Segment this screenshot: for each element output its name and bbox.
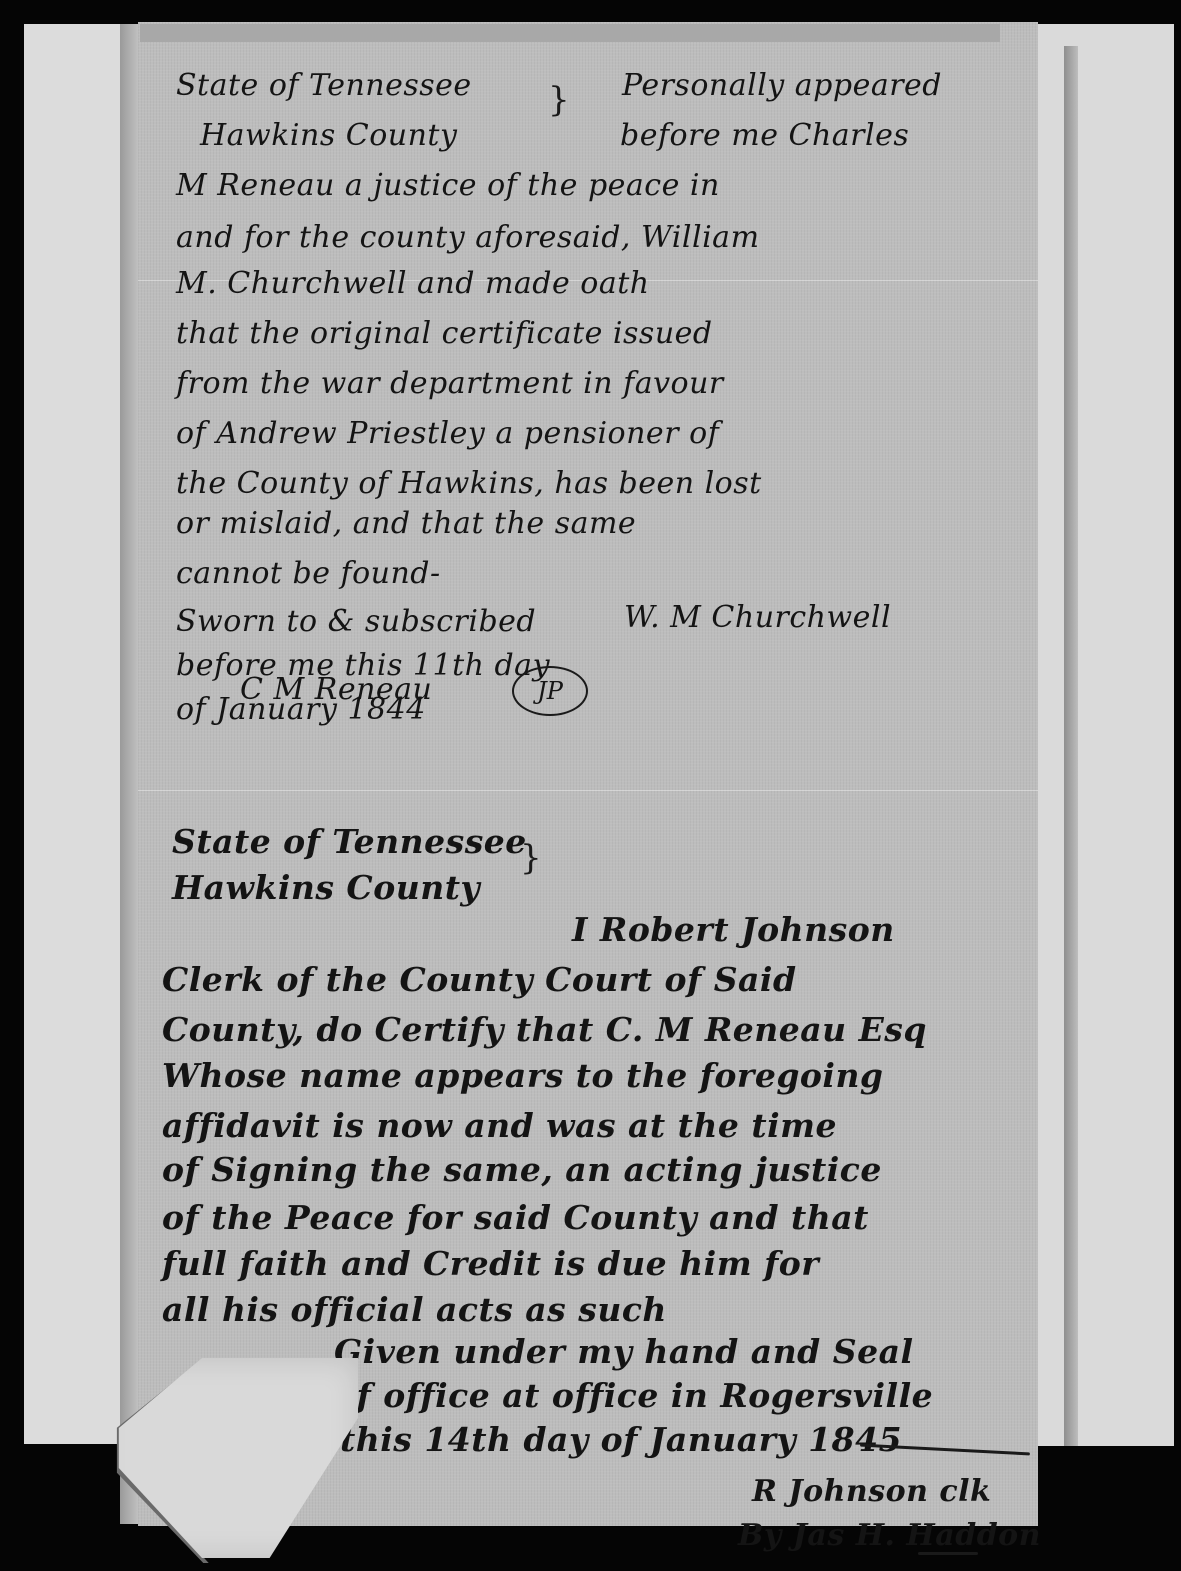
caption-county: Hawkins County bbox=[200, 118, 457, 153]
affidavit-line: and for the county aforesaid, William bbox=[176, 220, 760, 255]
affidavit-line: from the war department in favour bbox=[176, 366, 724, 401]
affidavit-line: cannot be found- bbox=[176, 556, 441, 591]
certificate-line: of Signing the same, an acting justice bbox=[162, 1150, 882, 1189]
caption-county: Hawkins County bbox=[172, 868, 480, 907]
affidavit-line: M Reneau a justice of the peace in bbox=[176, 168, 720, 203]
given-line: Given under my hand and Seal bbox=[334, 1332, 914, 1371]
certificate-line: all his official acts as such bbox=[162, 1290, 667, 1329]
brace-icon: } bbox=[548, 80, 570, 120]
affiant-signature: W. M Churchwell bbox=[624, 600, 891, 635]
page-top-strip bbox=[140, 24, 1000, 42]
certificate-opening: I Robert Johnson bbox=[572, 910, 895, 949]
given-line: this 14th day of January 1845 bbox=[340, 1420, 902, 1459]
affidavit-line: of Andrew Priestley a pensioner of bbox=[176, 416, 719, 451]
caption-state: State of Tennessee bbox=[172, 822, 527, 861]
given-line: of office at office in Rogersville bbox=[334, 1376, 933, 1415]
clerk-signature: R Johnson clk bbox=[752, 1474, 991, 1509]
certificate-line: Whose name appears to the foregoing bbox=[162, 1056, 884, 1095]
certificate-line: affidavit is now and was at the time bbox=[162, 1106, 837, 1145]
affidavit-line: M. Churchwell and made oath bbox=[176, 266, 650, 301]
mount-backing-right bbox=[1020, 24, 1174, 1446]
deputy-signature: By Jas H. Haddon bbox=[738, 1518, 1041, 1553]
seal-label: JP bbox=[537, 677, 563, 705]
affidavit-line: Personally appeared bbox=[622, 68, 942, 103]
affidavit-line: or mislaid, and that the same bbox=[176, 506, 636, 541]
brace-icon: } bbox=[520, 838, 542, 878]
affidavit-line: before me Charles bbox=[620, 118, 909, 153]
page-fold-shadow-right bbox=[1064, 46, 1078, 1446]
certificate-line: full faith and Credit is due him for bbox=[162, 1244, 819, 1283]
fold-crease bbox=[138, 790, 1038, 791]
justice-signature: C M Reneau bbox=[240, 672, 432, 707]
certificate-line: of the Peace for said County and that bbox=[162, 1198, 869, 1237]
affidavit-line: the County of Hawkins, has been lost bbox=[176, 466, 762, 501]
certificate-line: County, do Certify that C. M Reneau Esq bbox=[162, 1010, 927, 1049]
certificate-line: Clerk of the County Court of Said bbox=[162, 960, 797, 999]
caption-state: State of Tennessee bbox=[176, 68, 472, 103]
flourish-stroke bbox=[918, 1552, 978, 1555]
page-fold-shadow-left bbox=[120, 24, 140, 1524]
jurat-line: Sworn to & subscribed bbox=[176, 604, 536, 639]
affidavit-line: that the original certificate issued bbox=[176, 316, 713, 351]
justice-seal-icon: JP bbox=[512, 666, 588, 716]
